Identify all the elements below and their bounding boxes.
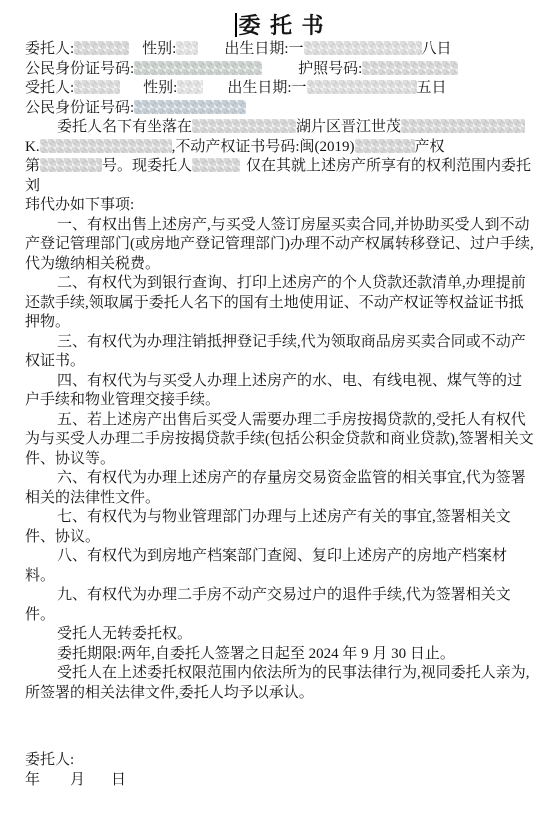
property-line-4: 玮代办如下事项: <box>25 196 536 216</box>
item-7: 七、有权代为与物业管理部门办理与上述房产有关的事宜,签署相关文件、协议。 <box>25 508 536 547</box>
redaction-block <box>192 158 240 172</box>
no-sub-delegation: 受托人无转委托权。 <box>25 625 536 645</box>
power-of-attorney-document: 委 托 书 委托人:性别:出生日期:一八日公民身份证号码:护照号码:受托人:性别… <box>0 0 542 825</box>
text-run: 八日 <box>422 41 452 57</box>
signature-date-line: 年月日 <box>25 771 536 791</box>
text-run: 九、有权代为办理二手房不动产交易过户的退件手续,代为签署相关文件。 <box>25 587 511 623</box>
text-run: 五日 <box>417 80 447 96</box>
redaction-block <box>304 41 422 55</box>
redaction-block <box>74 41 129 55</box>
text-run: 四、有权代为与买受人办理上述房产的水、电、有线电视、煤气等的过户手续和物业管理交… <box>25 373 522 409</box>
text-run: 委托人: <box>25 41 74 57</box>
redaction-block <box>355 139 415 153</box>
text-run: 五、若上述房产出售后买受人需要办理二手房按揭贷款的,受托人有权代为与买受人办理二… <box>25 412 534 467</box>
redaction-block <box>176 41 198 55</box>
document-body: 委托人:性别:出生日期:一八日公民身份证号码:护照号码:受托人:性别:出生日期:… <box>25 40 536 790</box>
signature-principal-label: 委托人: <box>25 751 536 771</box>
redaction-block <box>74 80 120 94</box>
redaction-block <box>401 119 525 133</box>
redaction-block <box>40 158 102 172</box>
text-run: 玮代办如下事项: <box>25 197 134 213</box>
property-line-2: K.,不动产权证书号码:闽(2019)产权 <box>25 138 536 158</box>
redaction-block <box>177 80 203 94</box>
redaction-block <box>307 80 417 94</box>
text-run: 受托人: <box>25 80 74 96</box>
text-run: 七、有权代为与物业管理部门办理与上述房产有关的事宜,签署相关文件、协议。 <box>25 509 511 545</box>
document-title-row: 委 托 书 <box>25 12 536 40</box>
trustee-line-1: 受托人:性别:出生日期:一五日 <box>25 79 536 99</box>
item-5: 五、若上述房产出售后买受人需要办理二手房按揭贷款的,受托人有权代为与买受人办理二… <box>25 411 536 470</box>
text-run: 第 <box>25 158 40 174</box>
trustee-line-2: 公民身份证号码: <box>25 99 536 119</box>
text-run: 号。现委托人 <box>102 158 192 174</box>
text-run: 公民身份证号码: <box>25 61 134 77</box>
closing-clause: 受托人在上述委托权限范围内依法所为的民事法律行为,视同委托人亲为,所签署的相关法… <box>25 664 536 703</box>
text-run: 二、有权代为到银行查询、打印上述房产的个人贷款还款清单,办理提前还款手续,领取属… <box>25 275 526 330</box>
text-run: 受托人无转委托权。 <box>57 626 192 642</box>
redaction-block <box>362 61 458 75</box>
text-run: 公民身份证号码: <box>25 100 134 116</box>
text-run: 护照号码: <box>298 61 362 77</box>
redaction-block <box>192 119 296 133</box>
redaction-block <box>134 100 246 114</box>
redaction-block <box>40 139 172 153</box>
principal-line-1: 委托人:性别:出生日期:一八日 <box>25 40 536 60</box>
item-9: 九、有权代为办理二手房不动产交易过户的退件手续,代为签署相关文件。 <box>25 586 536 625</box>
item-8: 八、有权代为到房地产档案部门查阅、复印上述房产的房地产档案材料。 <box>25 547 536 586</box>
spacer <box>120 91 143 92</box>
text-run: 月 <box>70 772 85 788</box>
text-run: ,不动产权证书号码:闽(2019) <box>172 139 355 155</box>
text-run: 湖片区晋江世茂 <box>296 119 401 135</box>
item-4: 四、有权代为与买受人办理上述房产的水、电、有线电视、煤气等的过户手续和物业管理交… <box>25 372 536 411</box>
text-run: 产权 <box>415 139 445 155</box>
spacer <box>129 52 142 53</box>
redaction-block <box>134 61 262 75</box>
text-run: 年 <box>25 772 40 788</box>
text-run: 出生日期:一 <box>227 80 306 96</box>
text-run: 委托期限:两年,自委托人签署之日起至 2024 年 9 月 30 日止。 <box>57 646 455 662</box>
text-run: 性别: <box>143 80 177 96</box>
text-run: 出生日期:一 <box>224 41 303 57</box>
spacer <box>85 783 111 784</box>
text-run: 性别: <box>142 41 176 57</box>
item-2: 二、有权代为到银行查询、打印上述房产的个人贷款还款清单,办理提前还款手续,领取属… <box>25 274 536 333</box>
principal-line-2: 公民身份证号码:护照号码: <box>25 60 536 80</box>
property-line-3: 第号。现委托人仅在其就上述房产所享有的权利范围内委托刘 <box>25 157 536 196</box>
item-1: 一、有权出售上述房产,与买受人签订房屋买卖合同,并协助买受人到不动产登记管理部门… <box>25 216 536 275</box>
text-run: 八、有权代为到房地产档案部门查阅、复印上述房产的房地产档案材料。 <box>25 548 507 584</box>
property-line-1: 委托人名下有坐落在湖片区晋江世茂 <box>25 118 536 138</box>
item-6: 六、有权代为办理上述房产的存量房交易资金监管的相关事宜,代为签署相关的法律性文件… <box>25 469 536 508</box>
spacer <box>198 52 224 53</box>
text-run: 六、有权代为办理上述房产的存量房交易资金监管的相关事宜,代为签署相关的法律性文件… <box>25 470 526 506</box>
text-run: K. <box>25 139 40 155</box>
text-run: 委托人: <box>25 752 74 768</box>
spacer <box>262 72 298 73</box>
spacer <box>40 783 70 784</box>
document-title: 委 托 书 <box>238 13 325 38</box>
term-clause: 委托期限:两年,自委托人签署之日起至 2024 年 9 月 30 日止。 <box>25 645 536 665</box>
text-run: 三、有权代为办理注销抵押登记手续,代为领取商品房买卖合同或不动产权证书。 <box>25 334 526 370</box>
item-3: 三、有权代为办理注销抵押登记手续,代为领取商品房买卖合同或不动产权证书。 <box>25 333 536 372</box>
text-run: 一、有权出售上述房产,与买受人签订房屋买卖合同,并协助买受人到不动产登记管理部门… <box>25 217 534 272</box>
spacer <box>203 91 227 92</box>
text-run: 受托人在上述委托权限范围内依法所为的民事法律行为,视同委托人亲为,所签署的相关法… <box>25 665 530 701</box>
text-run: 委托人名下有坐落在 <box>57 119 192 135</box>
text-run: 日 <box>111 772 126 788</box>
